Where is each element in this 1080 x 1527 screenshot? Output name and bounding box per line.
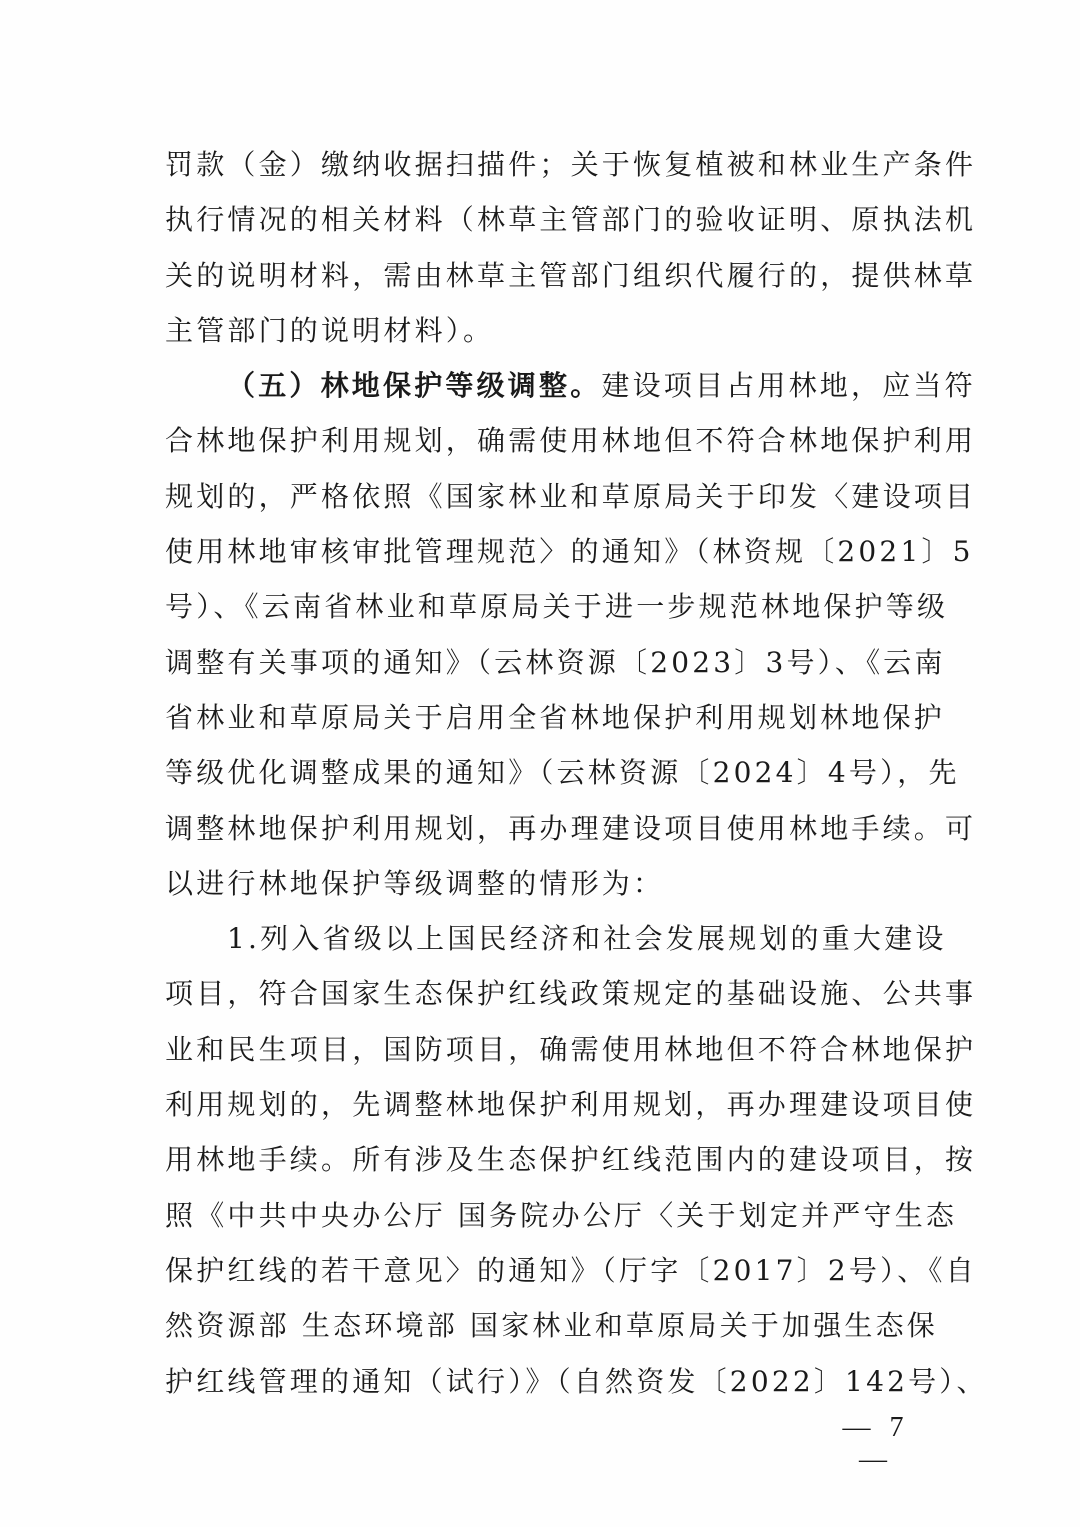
text-line: 然资源部 生态环境部 国家林业和草原局关于加强生态保 [165,1298,917,1353]
text-line: 项目，符合国家生态保护红线政策规定的基础设施、公共事 [165,966,917,1021]
text-line: 使用林地审核审批管理规范〉的通知》（林资规〔2021〕5 [165,524,917,579]
list-item-line: 1.列入省级以上国民经济和社会发展规划的重大建设 [165,911,917,966]
text-line: 护红线管理的通知（试行）》（自然资发〔2022〕142号）、 [165,1354,917,1409]
document-page: 罚款（金）缴纳收据扫描件；关于恢复植被和林业生产条件 执行情况的相关材料（林草主… [0,0,1080,1527]
text-line: 规划的，严格依照《国家林业和草原局关于印发〈建设项目 [165,469,917,524]
text-line: 号）、《云南省林业和草原局关于进一步规范林地保护等级 [165,579,917,634]
document-body: 罚款（金）缴纳收据扫描件；关于恢复植被和林业生产条件 执行情况的相关材料（林草主… [165,137,917,1409]
text-line: 用林地手续。所有涉及生态保护红线范围内的建设项目，按 [165,1132,917,1187]
text-line: 关的说明材料，需由林草主管部门组织代履行的，提供林草 [165,248,917,303]
section-heading: （五）林地保护等级调整。 [227,369,601,402]
text-line: 调整林地保护利用规划，再办理建设项目使用林地手续。可 [165,801,917,856]
text-line: 保护红线的若干意见〉的通知》（厅字〔2017〕2号）、《自 [165,1243,917,1298]
text-line: 调整有关事项的通知》（云林资源〔2023〕3号）、《云南 [165,635,917,690]
text-line: 利用规划的，先调整林地保护利用规划，再办理建设项目使 [165,1077,917,1132]
text-line: 省林业和草原局关于启用全省林地保护利用规划林地保护 [165,690,917,745]
text-line: 主管部门的说明材料）。 [165,303,917,358]
text-line: 照《中共中央办公厅 国务院办公厅〈关于划定并严守生态 [165,1188,917,1243]
text-line: 执行情况的相关材料（林草主管部门的验收证明、原执法机 [165,192,917,247]
page-number: — 7 — [826,1412,926,1476]
text-line: 以进行林地保护等级调整的情形为： [165,856,917,911]
section-heading-line: （五）林地保护等级调整。建设项目占用林地，应当符 [165,358,917,413]
text-line: 罚款（金）缴纳收据扫描件；关于恢复植被和林业生产条件 [165,137,917,192]
text-line: 合林地保护利用规划，确需使用林地但不符合林地保护利用 [165,413,917,468]
text-line: 业和民生项目，国防项目，确需使用林地但不符合林地保护 [165,1022,917,1077]
text-line: 等级优化调整成果的通知》（云林资源〔2024〕4号），先 [165,745,917,800]
section-heading-text: 建设项目占用林地，应当符 [601,369,975,402]
